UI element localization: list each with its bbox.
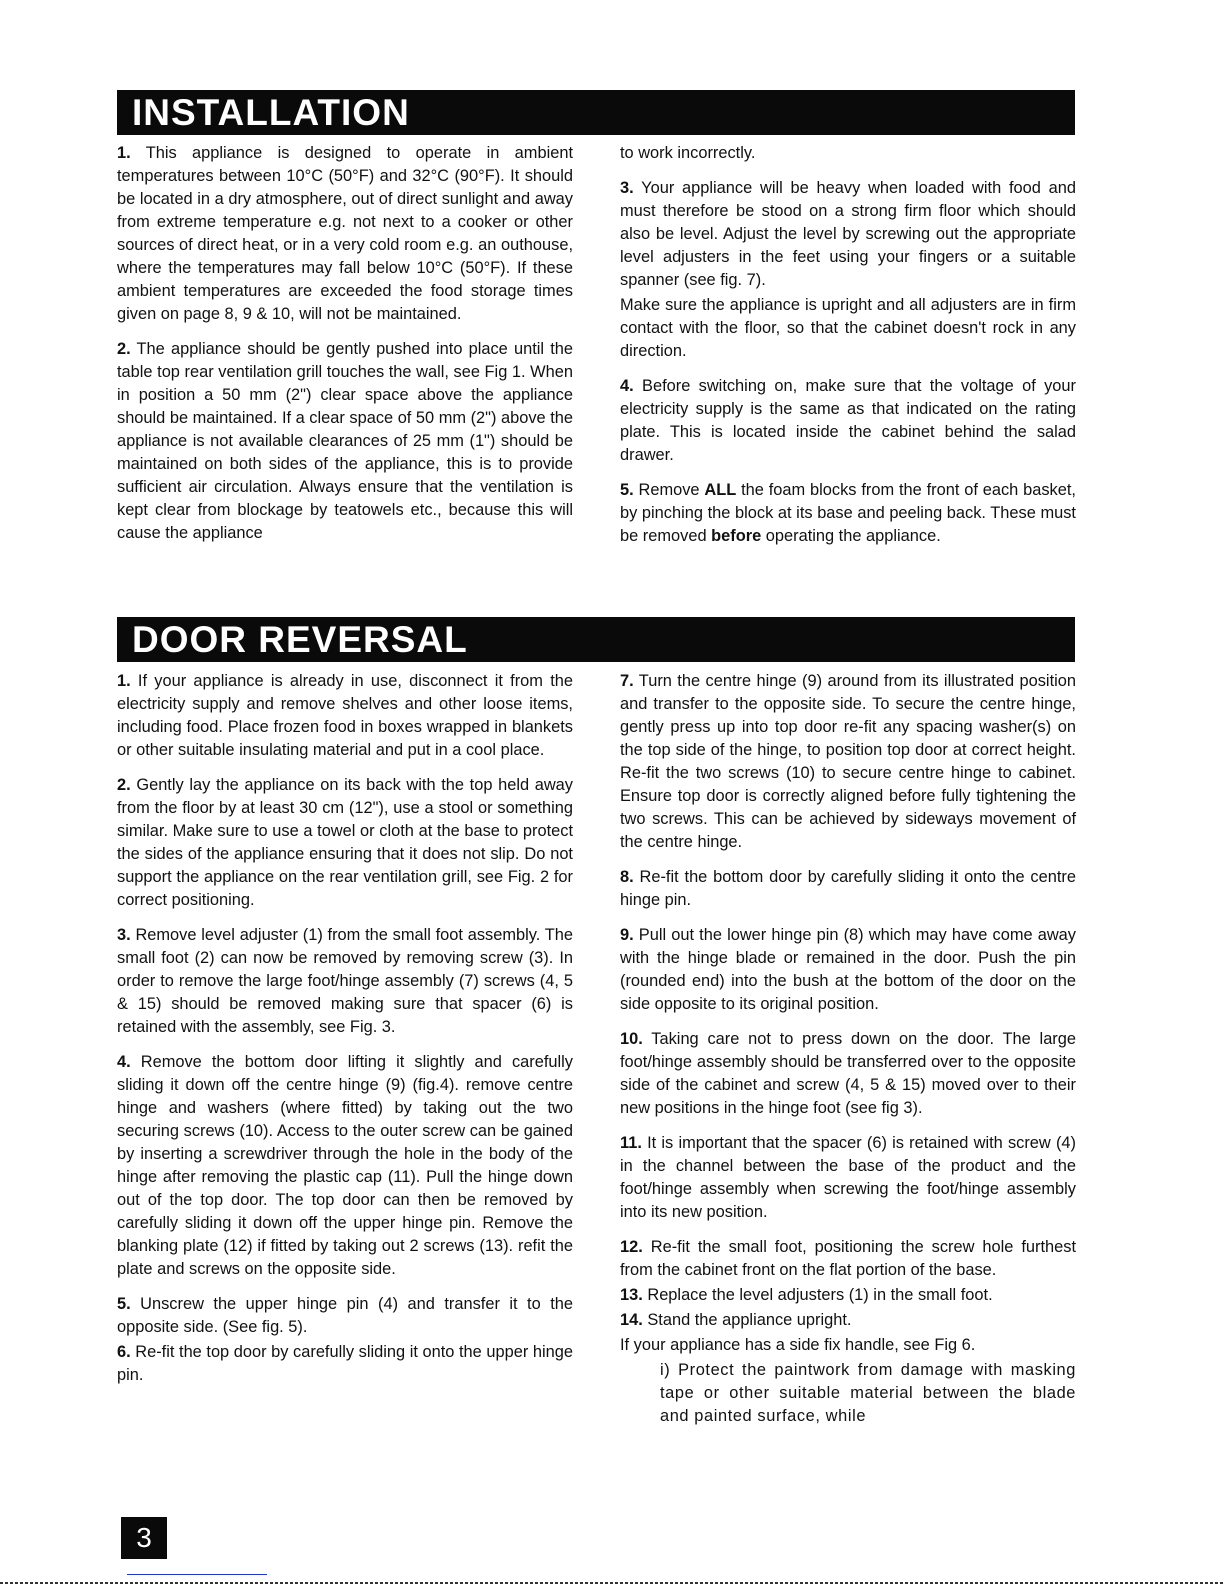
door-step-7: 7. Turn the centre hinge (9) around from… bbox=[620, 670, 1076, 854]
installation-item-2-continuation: to work incorrectly. bbox=[620, 142, 1076, 165]
installation-item-1: 1. This appliance is designed to operate… bbox=[117, 142, 573, 326]
side-handle-step-i: i) Protect the paintwork from damage wit… bbox=[620, 1359, 1076, 1428]
door-reversal-column-right: 7. Turn the centre hinge (9) around from… bbox=[620, 670, 1076, 1430]
door-step-6: 6. Re-fit the top door by carefully slid… bbox=[117, 1341, 573, 1387]
installation-item-3: 3. Your appliance will be heavy when loa… bbox=[620, 177, 1076, 292]
installation-item-3-extra: Make sure the appliance is upright and a… bbox=[620, 294, 1076, 363]
door-step-8: 8. Re-fit the bottom door by carefully s… bbox=[620, 866, 1076, 912]
door-step-3: 3. Remove level adjuster (1) from the sm… bbox=[117, 924, 573, 1039]
installation-title: INSTALLATION bbox=[132, 92, 410, 134]
door-step-11: 11. It is important that the spacer (6) … bbox=[620, 1132, 1076, 1224]
page-number-badge: 3 bbox=[121, 1517, 167, 1559]
door-step-5: 5. Unscrew the upper hinge pin (4) and t… bbox=[117, 1293, 573, 1339]
door-reversal-column-left: 1. If your appliance is already in use, … bbox=[117, 670, 573, 1399]
door-step-2: 2. Gently lay the appliance on its back … bbox=[117, 774, 573, 912]
door-reversal-title: DOOR REVERSAL bbox=[132, 619, 468, 661]
installation-item-2: 2. The appliance should be gently pushed… bbox=[117, 338, 573, 545]
page-bottom-divider bbox=[0, 1582, 1225, 1584]
section-heading-door-reversal: DOOR REVERSAL bbox=[117, 617, 1075, 662]
installation-column-left: 1. This appliance is designed to operate… bbox=[117, 142, 573, 557]
door-step-10: 10. Taking care not to press down on the… bbox=[620, 1028, 1076, 1120]
door-step-14: 14. Stand the appliance upright. bbox=[620, 1309, 1076, 1332]
link-underline bbox=[127, 1574, 267, 1575]
side-handle-note: If your appliance has a side fix handle,… bbox=[620, 1334, 1076, 1357]
door-step-9: 9. Pull out the lower hinge pin (8) whic… bbox=[620, 924, 1076, 1016]
installation-item-4: 4. Before switching on, make sure that t… bbox=[620, 375, 1076, 467]
door-step-4: 4. Remove the bottom door lifting it sli… bbox=[117, 1051, 573, 1281]
section-heading-installation: INSTALLATION bbox=[117, 90, 1075, 135]
installation-column-right: to work incorrectly. 3. Your appliance w… bbox=[620, 142, 1076, 560]
installation-item-5: 5. Remove ALL the foam blocks from the f… bbox=[620, 479, 1076, 548]
door-step-1: 1. If your appliance is already in use, … bbox=[117, 670, 573, 762]
door-step-12: 12. Re-fit the small foot, positioning t… bbox=[620, 1236, 1076, 1282]
door-step-13: 13. Replace the level adjusters (1) in t… bbox=[620, 1284, 1076, 1307]
